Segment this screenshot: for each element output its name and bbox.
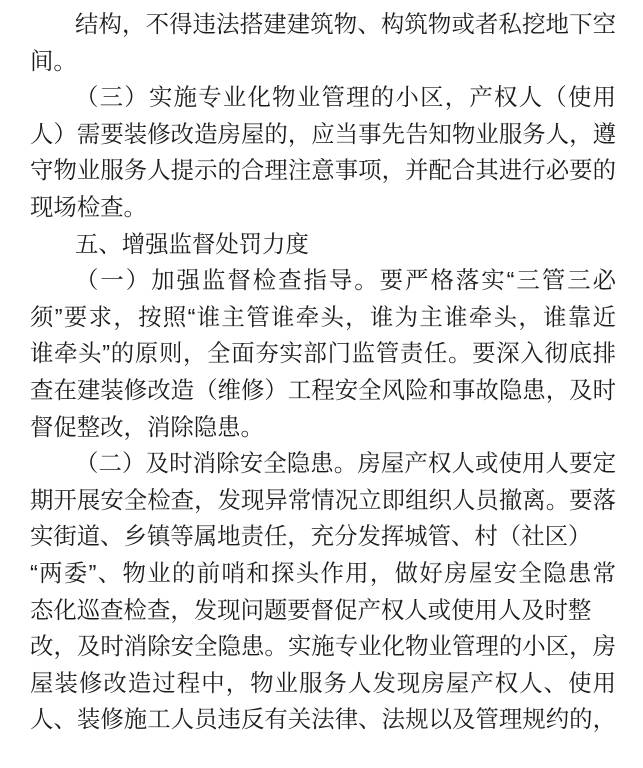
paragraph-line: （一）加强监督检查指导。要严格落实“三管三必 xyxy=(30,262,616,299)
paragraph-line: 现场检查。 xyxy=(30,189,616,226)
paragraph-line: 守物业服务人提示的合理注意事项，并配合其进行必要的 xyxy=(30,152,616,189)
paragraph-line: 人）需要装修改造房屋的，应当事先告知物业服务人，遵 xyxy=(30,116,616,153)
paragraph-line: 督促整改，消除隐患。 xyxy=(30,409,616,446)
paragraph-line: （三）实施专业化物业管理的小区，产权人（使用 xyxy=(30,79,616,116)
paragraph-line: 期开展安全检查，发现异常情况立即组织人员撤离。要落 xyxy=(30,482,616,519)
paragraph-line: “两委”、物业的前哨和探头作用，做好房屋安全隐患常 xyxy=(30,555,616,592)
paragraph-line: 实街道、乡镇等属地责任，充分发挥城管、村（社区） xyxy=(30,518,616,555)
paragraph-line: （二）及时消除安全隐患。房屋产权人或使用人要定 xyxy=(30,445,616,482)
paragraph-line: 间。 xyxy=(30,43,616,80)
paragraph-line: 人、装修施工人员违反有关法律、法规以及管理规约的， xyxy=(30,701,616,738)
paragraph-line: 屋装修改造过程中，物业服务人发现房屋产权人、使用 xyxy=(30,665,616,702)
paragraph-line: 结构，不得违法搭建建筑物、构筑物或者私挖地下空 xyxy=(30,6,616,43)
paragraph-line: 谁牵头”的原则，全面夯实部门监管责任。要深入彻底排 xyxy=(30,335,616,372)
paragraph-line: 须”要求，按照“谁主管谁牵头，谁为主谁牵头，谁靠近 xyxy=(30,299,616,336)
section-heading: 五、增强监督处罚力度 xyxy=(30,226,616,263)
paragraph-line: 改，及时消除安全隐患。实施专业化物业管理的小区，房 xyxy=(30,628,616,665)
paragraph-line: 态化巡查检查，发现问题要督促产权人或使用人及时整 xyxy=(30,592,616,629)
document-page: 结构，不得违法搭建建筑物、构筑物或者私挖地下空 间。 （三）实施专业化物业管理的… xyxy=(0,0,643,768)
paragraph-line: 查在建装修改造（维修）工程安全风险和事故隐患，及时 xyxy=(30,372,616,409)
